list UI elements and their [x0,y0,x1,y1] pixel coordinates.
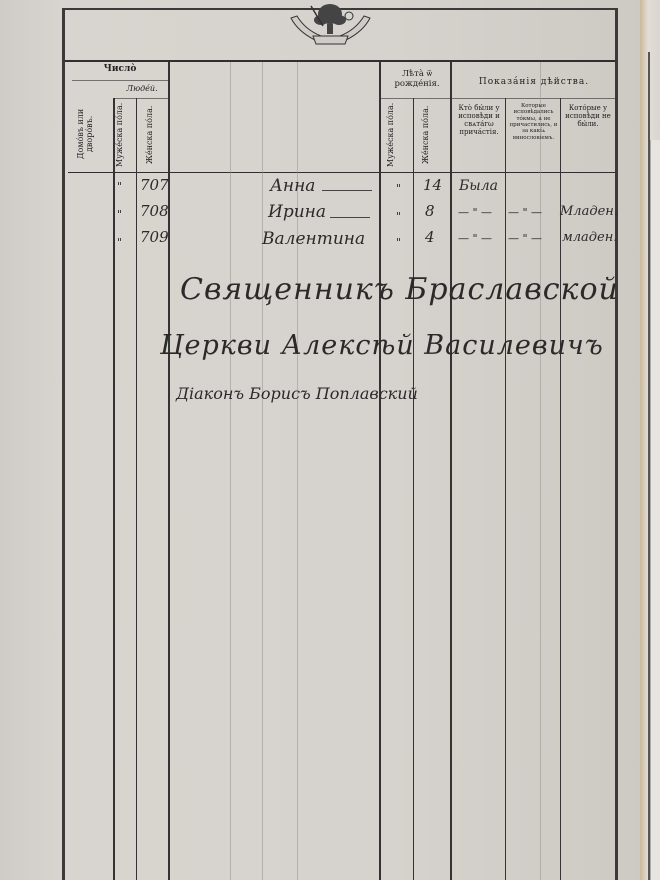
row3-female-no: 709 [140,228,169,246]
count-subrule [72,80,168,81]
header-households: Домόвъ или дворόвъ. [76,100,108,168]
header-was-at-confession: Ктò бы́ли у исповѣди и свѧтáгω причáстія… [452,104,506,136]
row1-female-no: 707 [140,176,169,194]
col-line-age-female [413,98,414,880]
row3-not-at-confession: младен. [562,230,617,245]
row1-male-no: " [117,180,122,193]
double-headed-eagle-crest-icon [283,0,378,46]
header-male-count: Мужéска пóла. [115,102,133,168]
row2-age-male: " [396,210,401,223]
header-female-count: Жéнска пóла. [145,102,163,168]
row3-was-at-confession: — " — [458,232,492,245]
header-confessed-only: Которые исповѣдались тóкмω, а не причаст… [507,103,560,141]
header-bottom-rule [68,172,615,173]
fill-line [322,190,372,191]
guide-line [540,62,541,880]
header-not-at-confession: Котóрые у исповѣди не бы́ли. [562,104,614,128]
row2-name: Ирина [268,202,326,222]
signature-line-3: Дiаконъ Борисъ Поплавский [176,384,418,403]
guide-line [230,62,231,880]
guide-line [262,62,263,880]
row3-name: Валентина [262,229,365,249]
row3-confessed-only: — " — [508,232,542,245]
col-line-age [379,62,381,880]
confession-subrule [453,98,615,99]
col-line-male [136,98,137,880]
row2-confessed-only: — " — [508,206,542,219]
header-top-rule [65,60,615,62]
header-confession: Показáнія дѣйства. [455,77,613,87]
row2-was-at-confession: — " — [458,206,492,219]
header-people: Людéй. [114,84,170,93]
adjacent-sheet [650,140,660,880]
row2-male-no: " [117,208,122,221]
row3-age-male: " [396,236,401,249]
people-subrule [114,98,168,99]
header-age-female: Жéнска пóла. [421,102,439,168]
col-line-confession [450,62,452,880]
row1-was-at-confession: Была [459,178,498,194]
row3-male-no: " [117,236,122,249]
header-age-male: Мужéска пóла. [386,102,404,168]
col-line-confessed-only [505,98,506,880]
signature-line-2: Церкви Алексѣй Василевичъ [160,330,604,361]
header-count: Числò [70,64,170,74]
age-subrule [380,98,453,99]
signature-line-1: Священникъ Браславской [180,272,619,307]
fill-line [330,217,370,218]
col-line-households [113,98,115,880]
document-page: Числò Домόвъ или дворόвъ. Людéй. Мужéска… [0,0,645,880]
row2-age-female: 8 [425,202,435,220]
row1-age-female: 14 [423,176,442,194]
row2-female-no: 708 [140,202,169,220]
header-age: Лѣтà ѿ рождéнія. [382,70,452,90]
row3-age-female: 4 [425,228,435,246]
row1-name: Анна [270,176,315,196]
adjacent-page-edge [640,0,660,880]
row1-age-male: " [396,182,401,195]
row2-not-at-confession: Младен. [560,204,618,219]
